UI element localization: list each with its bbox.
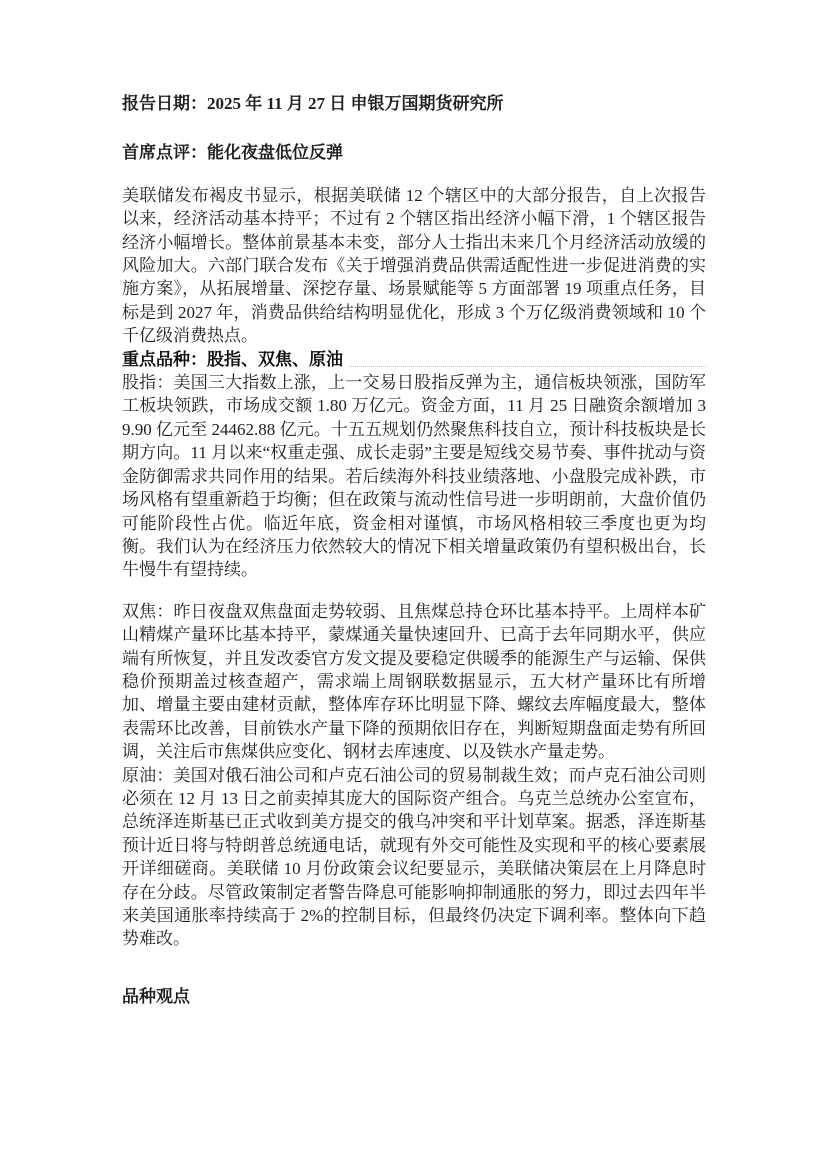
document-page: 报告日期：2025 年 11 月 27 日 申银万国期货研究所 首席点评：能化夜… — [0, 0, 826, 1169]
equity-index-paragraph: 股指：美国三大指数上涨，上一交易日股指反弹为主，通信板块领涨，国防军工板块领跌，… — [122, 371, 706, 582]
crude-oil-paragraph: 原油：美国对俄石油公司和卢克石油公司的贸易制裁生效；而卢克石油公司则必须在 12… — [122, 764, 706, 951]
key-varieties-heading: 重点品种：股指、双焦、原油 — [122, 348, 343, 371]
dotted-divider — [349, 366, 706, 367]
report-date-line: 报告日期：2025 年 11 月 27 日 申银万国期货研究所 — [122, 92, 706, 115]
key-varieties-heading-row: 重点品种：股指、双焦、原油 — [122, 348, 706, 371]
document-content: 报告日期：2025 年 11 月 27 日 申银万国期货研究所 首席点评：能化夜… — [0, 0, 826, 1008]
chief-comment-heading: 首席点评：能化夜盘低位反弹 — [122, 141, 706, 164]
macro-news-paragraph: 美联储发布褐皮书显示，根据美联储 12 个辖区中的大部分报告，自上次报告以来，经… — [122, 184, 706, 348]
coking-coal-coke-paragraph: 双焦：昨日夜盘双焦盘面走势较弱、且焦煤总持仓环比基本持平。上周样本矿山精煤产量环… — [122, 600, 706, 764]
varieties-view-heading: 品种观点 — [122, 985, 706, 1008]
